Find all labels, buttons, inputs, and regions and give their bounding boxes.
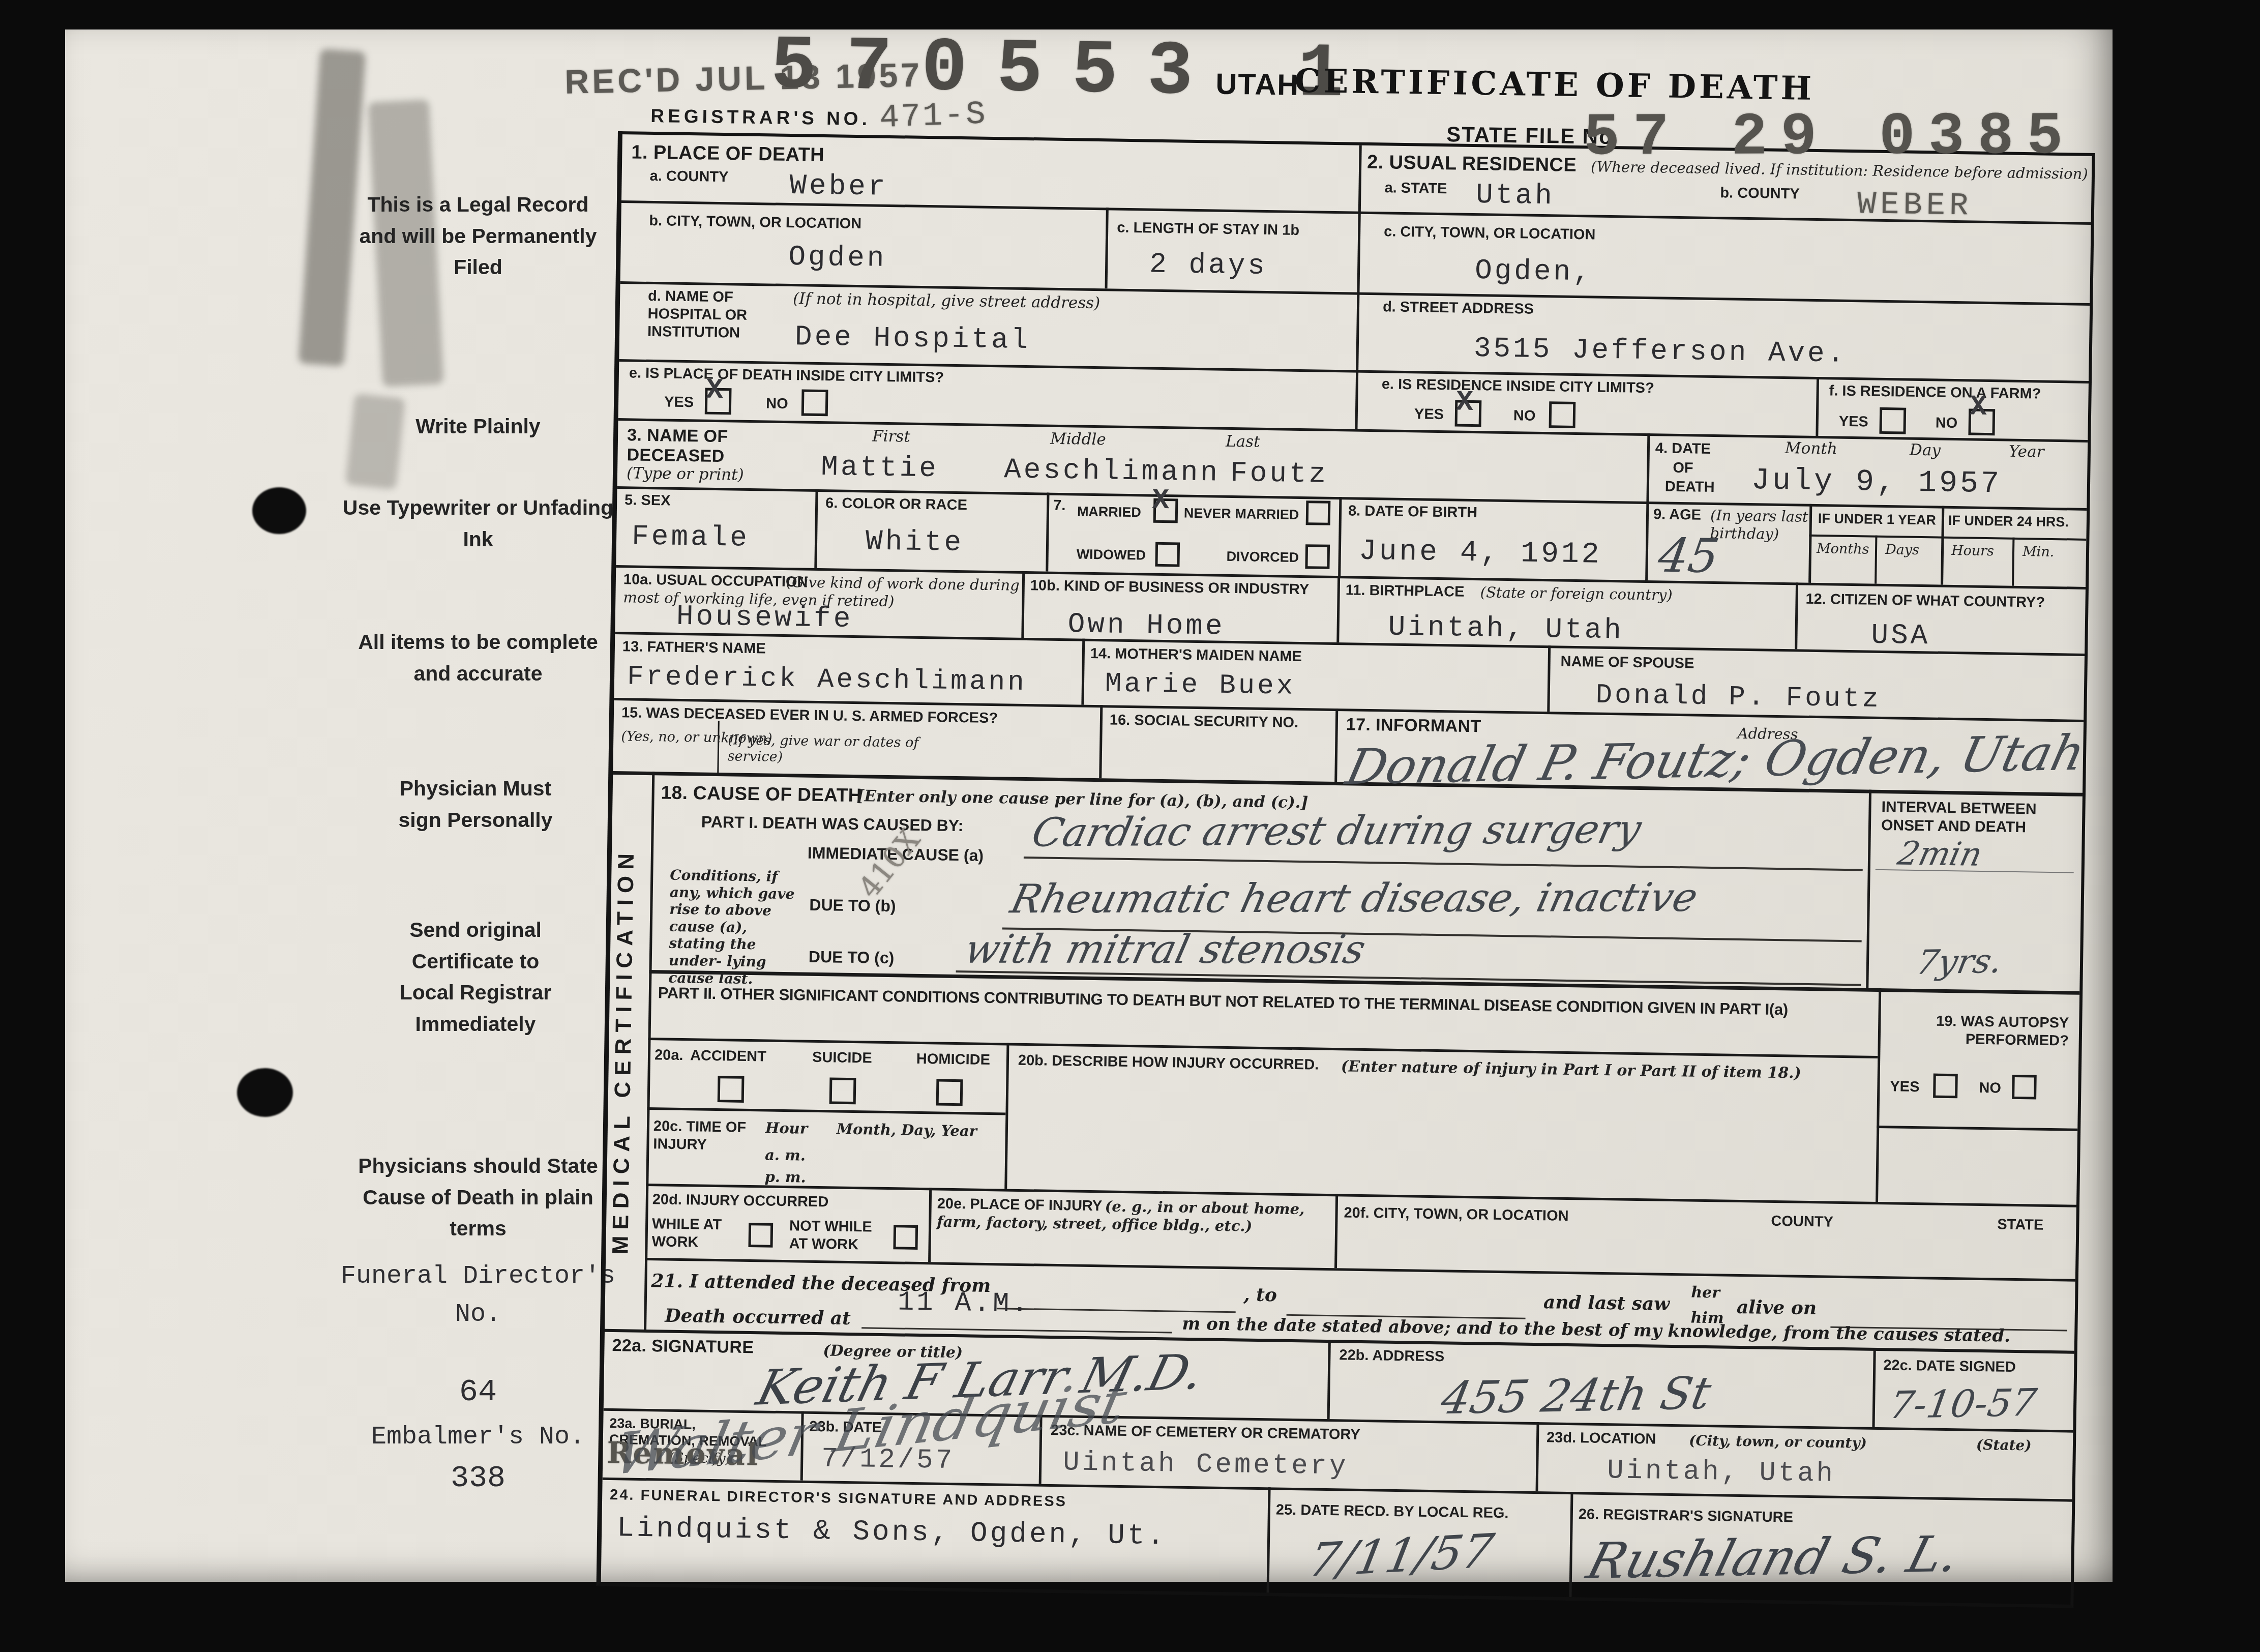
rule bbox=[1877, 1126, 2077, 1131]
occupation-value: Housewife bbox=[676, 602, 853, 633]
while-at-work-label: WHILE AT WORK bbox=[651, 1215, 738, 1252]
date-received-value: 7/11/57 bbox=[1305, 1528, 1497, 1584]
sex-value: Female bbox=[632, 522, 750, 552]
mothers-maiden-name-label: 14. MOTHER'S MAIDEN NAME bbox=[1090, 645, 1302, 666]
conditions-note: Conditions, if any, which gave rise to a… bbox=[668, 867, 797, 988]
rule bbox=[1021, 571, 1025, 638]
residence-farm-yes-label: YES bbox=[1839, 413, 1869, 431]
cemetery-state-note: (State) bbox=[1976, 1436, 2032, 1454]
armed-forces-note2: (If yes, give war or dates of service) bbox=[728, 732, 942, 768]
margin-note-physician: Physician Must sign Personally bbox=[392, 773, 559, 836]
cemetery-location-note: (City, town, or county) bbox=[1689, 1432, 1867, 1452]
residence-county-value: WEBER bbox=[1857, 186, 1973, 224]
type-or-print-note: (Type or print) bbox=[627, 464, 744, 485]
marital-item-no: 7. bbox=[1053, 497, 1066, 515]
informant-label: 17. INFORMANT bbox=[1346, 715, 1481, 736]
residence-city-limits-no-label: NO bbox=[1513, 407, 1536, 425]
due-to-b-label: DUE TO (b) bbox=[809, 895, 896, 916]
embalmers-no-label: Embalmer's No. bbox=[315, 1418, 641, 1456]
rule bbox=[1569, 1492, 1573, 1597]
describe-injury-label: 20b. DESCRIBE HOW INJURY OCCURRED. bbox=[1018, 1052, 1319, 1074]
death-occurred-at-label: Death occurred at bbox=[665, 1305, 851, 1329]
describe-injury-note: (Enter nature of injury in Part I or Par… bbox=[1341, 1057, 1801, 1082]
interval-label: INTERVAL BETWEEN ONSET AND DEATH bbox=[1881, 798, 2075, 838]
signature-label: 22a. SIGNATURE bbox=[612, 1336, 754, 1358]
while-at-work-checkbox bbox=[748, 1223, 773, 1248]
rule bbox=[861, 1327, 1172, 1333]
cemetery-value: Uintah Cemetery bbox=[1063, 1449, 1349, 1481]
rule bbox=[1336, 576, 1340, 642]
rule bbox=[1866, 790, 1871, 988]
margin-note-send-original: Send original Certificate to Local Regis… bbox=[386, 914, 564, 1040]
cemetery-location-label: 23d. LOCATION bbox=[1547, 1429, 1656, 1448]
embalmers-no-value: 338 bbox=[315, 1456, 641, 1501]
length-of-stay-label: c. LENGTH OF STAY IN 1b bbox=[1117, 219, 1299, 240]
physician-address-label: 22b. ADDRESS bbox=[1339, 1346, 1444, 1366]
cause-c-value: with mitral stenosis bbox=[961, 930, 1369, 969]
fathers-name-value: Frederick Aeschlimann bbox=[627, 663, 1027, 697]
rule bbox=[1872, 1348, 1876, 1427]
cause-of-death-label: 18. CAUSE OF DEATH bbox=[661, 782, 862, 806]
margin-note-typewriter: Use Typewriter or Unfading Ink bbox=[331, 492, 626, 555]
county-of-death-value: Weber bbox=[789, 171, 888, 201]
medical-certification-strip: MEDICAL CERTIFICATION bbox=[607, 776, 648, 1326]
residence-farm-no-mark: X bbox=[1970, 392, 1987, 421]
length-of-stay-value: 2 days bbox=[1149, 250, 1267, 280]
interval-a-value: 2min bbox=[1895, 838, 1985, 871]
rule bbox=[1941, 506, 1944, 585]
married-mark: X bbox=[1152, 486, 1169, 515]
residence-city-limits-yes-mark: X bbox=[1456, 388, 1473, 417]
age-value: 45 bbox=[1655, 533, 1722, 580]
birthplace-label: 11. BIRTHPLACE bbox=[1346, 581, 1465, 601]
rule bbox=[1645, 501, 1649, 580]
rule bbox=[647, 1107, 1005, 1115]
widowed-checkbox bbox=[1155, 542, 1180, 567]
place-of-death-title: 1. PLACE OF DEATH bbox=[631, 141, 824, 166]
rule bbox=[1327, 1340, 1331, 1419]
age-note: (In years last birthday) bbox=[1710, 507, 1812, 544]
spouse-label: NAME OF SPOUSE bbox=[1560, 653, 1694, 673]
name-of-deceased-label: 3. NAME OF DECEASED bbox=[627, 425, 749, 467]
autopsy-no-label: NO bbox=[1979, 1079, 2001, 1097]
rule bbox=[1004, 1043, 1009, 1189]
cemetery-location-value: Uintah, Utah bbox=[1607, 1457, 1836, 1488]
rule bbox=[1795, 582, 1798, 649]
her-word: her bbox=[1691, 1284, 1720, 1302]
residence-state-label: a. STATE bbox=[1384, 179, 1447, 198]
funeral-directors-no-label: Funeral Director's No. bbox=[315, 1257, 641, 1334]
death-city-limits-label: e. IS PLACE OF DEATH INSIDE CITY LIMITS? bbox=[629, 364, 944, 387]
homicide-checkbox bbox=[936, 1079, 963, 1106]
residence-city-label: c. CITY, TOWN, OR LOCATION bbox=[1384, 223, 1596, 244]
margin-note-complete: All items to be complete and accurate bbox=[356, 627, 600, 689]
death-month-label: Month bbox=[1785, 439, 1837, 459]
widowed-label: WIDOWED bbox=[1077, 546, 1146, 563]
death-certificate-form: REC'D JUL 13 1957 570553 1 REGISTRAR'S N… bbox=[597, 131, 2095, 1608]
rule bbox=[1334, 709, 1338, 782]
residence-county-label: b. COUNTY bbox=[1720, 184, 1800, 203]
am-label: a. m. bbox=[765, 1146, 806, 1165]
race-value: White bbox=[866, 527, 964, 557]
not-while-at-work-checkbox bbox=[893, 1225, 918, 1250]
hospital-name-value: Dee Hospital bbox=[795, 322, 1031, 355]
homicide-label: HOMICIDE bbox=[916, 1050, 991, 1069]
registrar-signature-label: 26. REGISTRAR'S SIGNATURE bbox=[1579, 1506, 1794, 1526]
autopsy-yes-label: YES bbox=[1890, 1078, 1920, 1096]
hospital-name-label: d. NAME OF HOSPITAL OR INSTITUTION bbox=[647, 287, 781, 342]
rule bbox=[1536, 1422, 1539, 1491]
attended-statement-to: , to bbox=[1243, 1284, 1277, 1306]
if-under-24-hrs-label: IF UNDER 24 HRS. bbox=[1948, 512, 2069, 530]
margin-note-legal-record: This is a Legal Record and will be Perma… bbox=[351, 189, 605, 283]
residence-city-limits-yes-label: YES bbox=[1414, 405, 1444, 424]
birthplace-note: (State or foreign country) bbox=[1480, 583, 1672, 604]
last-name-value: Foutz bbox=[1230, 459, 1329, 489]
date-of-birth-label: 8. DATE OF BIRTH bbox=[1348, 502, 1478, 522]
divorced-label: DIVORCED bbox=[1226, 548, 1299, 566]
citizen-label: 12. CITIZEN OF WHAT COUNTRY? bbox=[1805, 591, 2080, 612]
divorced-checkbox bbox=[1305, 544, 1330, 569]
first-name-label: First bbox=[872, 427, 910, 446]
hospital-name-note: (If not in hospital, give street address… bbox=[793, 289, 1101, 313]
date-signed-value: 7-10-57 bbox=[1887, 1384, 2039, 1424]
margin-note-write-plainly: Write Plainly bbox=[351, 411, 605, 442]
funeral-director-value: Lindquist & Sons, Ogden, Ut. bbox=[617, 1514, 1167, 1550]
first-name-value: Mattie bbox=[821, 453, 939, 483]
time-of-injury-label: 20c. TIME OF INJURY bbox=[653, 1117, 765, 1155]
margin-note-plain-terms: Physicians should State Cause of Death i… bbox=[336, 1150, 620, 1245]
pm-label: p. m. bbox=[764, 1168, 806, 1187]
min-label: Min. bbox=[2023, 544, 2055, 560]
rule bbox=[1876, 988, 1881, 1202]
rule bbox=[1024, 857, 1863, 871]
rule bbox=[1547, 645, 1551, 712]
autopsy-label: 19. WAS AUTOPSY PERFORMED? bbox=[1891, 1012, 2069, 1050]
fathers-name-label: 13. FATHER'S NAME bbox=[622, 638, 766, 658]
rule bbox=[1267, 1487, 1271, 1592]
spouse-value: Donald P. Foutz bbox=[1595, 682, 1881, 714]
hours-label: Hours bbox=[1951, 543, 1994, 560]
months-label: Months bbox=[1817, 541, 1869, 558]
never-married-checkbox bbox=[1306, 500, 1331, 525]
race-label: 6. COLOR OR RACE bbox=[825, 494, 967, 514]
rule bbox=[1355, 145, 1361, 429]
autopsy-yes-checkbox bbox=[1933, 1074, 1958, 1099]
date-of-death-label3: DEATH bbox=[1665, 478, 1715, 496]
place-of-injury-note: (e. g., in or about home, farm, factory,… bbox=[937, 1195, 1324, 1236]
if-under-1-year-label: IF UNDER 1 YEAR bbox=[1818, 510, 1937, 528]
rule bbox=[1646, 433, 1650, 501]
rule bbox=[1105, 208, 1109, 288]
accident-label: ACCIDENT bbox=[690, 1047, 766, 1066]
death-day-label: Day bbox=[1910, 441, 1941, 460]
form-title-certificate-of-death: CERTIFICATE OF DEATH bbox=[1294, 62, 1815, 108]
death-time-value: 11 A.M. bbox=[897, 1289, 1031, 1318]
date-of-death-label2: OF bbox=[1673, 459, 1693, 477]
city-of-death-label: b. CITY, TOWN, OR LOCATION bbox=[649, 212, 861, 233]
rule bbox=[1099, 705, 1103, 778]
city-of-death-value: Ogden bbox=[788, 243, 887, 273]
last-name-label: Last bbox=[1226, 432, 1260, 452]
injury-state-label: STATE bbox=[1997, 1216, 2043, 1234]
date-of-death-value: July 9, 1957 bbox=[1751, 465, 2002, 499]
social-security-label: 16. SOCIAL SECURITY NO. bbox=[1110, 711, 1323, 732]
business-value: Own Home bbox=[1067, 610, 1225, 641]
registrar-signature-value: Rushland S. L. bbox=[1582, 1529, 1965, 1586]
interval-c-value: 7yrs. bbox=[1914, 945, 2005, 980]
rule bbox=[1875, 536, 1877, 584]
part1-label: PART I. DEATH WAS CAUSED BY: bbox=[701, 812, 964, 836]
cause-a-value: Cardiac arrest during surgery bbox=[1028, 810, 1645, 853]
rule bbox=[1809, 535, 2086, 541]
alive-on-word: alive on bbox=[1737, 1296, 1817, 1319]
rule bbox=[1334, 1194, 1338, 1268]
residence-city-limits-no-checkbox bbox=[1549, 401, 1576, 428]
rule bbox=[615, 632, 2085, 656]
informant-signature: Donald P. Foutz; Ogden, Utah bbox=[1342, 728, 2090, 791]
rule bbox=[814, 489, 818, 568]
business-label: 10b. KIND OF BUSINESS OR INDUSTRY bbox=[1030, 577, 1335, 599]
registrars-no-value: 471-S bbox=[879, 96, 988, 137]
middle-name-value: Aeschlimann bbox=[1004, 455, 1220, 487]
not-while-at-work-label: NOT WHILE AT WORK bbox=[789, 1217, 891, 1254]
attended-statement-lastsaw: and last saw bbox=[1543, 1291, 1670, 1315]
rule bbox=[1046, 493, 1049, 572]
form-title-utah: UTAH bbox=[1215, 67, 1300, 102]
injury-occurred-label: 20d. INJURY OCCURRED bbox=[652, 1191, 829, 1211]
autopsy-no-checkbox bbox=[2012, 1075, 2037, 1100]
date-received-label: 25. DATE RECD. BY LOCAL REG. bbox=[1276, 1501, 1540, 1523]
death-city-limits-no-checkbox bbox=[801, 389, 828, 416]
rule bbox=[1816, 377, 1819, 436]
residence-farm-no-label: NO bbox=[1936, 414, 1958, 432]
hour-label: Hour bbox=[765, 1119, 808, 1138]
suicide-label: SUICIDE bbox=[812, 1049, 872, 1068]
date-of-birth-value: June 4, 1912 bbox=[1358, 537, 1601, 570]
punch-hole bbox=[252, 487, 306, 534]
manner-item-no: 20a. bbox=[655, 1046, 683, 1065]
suicide-checkbox bbox=[829, 1077, 856, 1104]
death-year-label: Year bbox=[2009, 442, 2044, 462]
date-of-death-label1: 4. DATE bbox=[1655, 439, 1711, 458]
rule bbox=[1081, 639, 1085, 705]
funeral-director-label: 24. FUNERAL DIRECTOR'S SIGNATURE AND ADD… bbox=[610, 1486, 1261, 1514]
usual-residence-title: 2. USUAL RESIDENCE bbox=[1367, 152, 1577, 177]
due-to-c-label: DUE TO (c) bbox=[809, 947, 895, 968]
rule bbox=[1338, 497, 1342, 576]
armed-forces-label: 15. WAS DECEASED EVER IN U. S. ARMED FOR… bbox=[621, 704, 1079, 728]
age-label: 9. AGE bbox=[1653, 506, 1702, 524]
month-day-year-label: Month, Day, Year bbox=[837, 1120, 977, 1140]
residence-state-value: Utah bbox=[1476, 181, 1555, 210]
cause-b-value: Rheumatic heart disease, inactive bbox=[1007, 878, 1701, 919]
date-signed-label: 22c. DATE SIGNED bbox=[1883, 1356, 2016, 1376]
physician-address-value: 455 24th St bbox=[1438, 1371, 1714, 1421]
funeral-directors-no-value: 64 bbox=[315, 1368, 641, 1415]
death-city-limits-yes-mark: X bbox=[706, 376, 723, 404]
residence-city-limits-label: e. IS RESIDENCE INSIDE CITY LIMITS? bbox=[1382, 375, 1655, 397]
registrars-no-label: REGISTRAR'S NO. bbox=[650, 105, 871, 130]
never-married-label: NEVER MARRIED bbox=[1184, 505, 1299, 523]
rule bbox=[997, 1308, 1236, 1313]
mothers-maiden-name-value: Marie Buex bbox=[1105, 670, 1296, 701]
rule bbox=[646, 1184, 2076, 1207]
injury-county-label: COUNTY bbox=[1771, 1213, 1833, 1231]
death-city-limits-yes-label: YES bbox=[664, 393, 694, 411]
married-label: MARRIED bbox=[1077, 503, 1141, 520]
days-label: Days bbox=[1885, 542, 1919, 558]
rule bbox=[2012, 538, 2014, 586]
middle-name-label: Middle bbox=[1050, 430, 1106, 450]
punch-hole bbox=[237, 1068, 293, 1117]
death-city-limits-no-label: NO bbox=[766, 395, 788, 412]
rule bbox=[928, 1188, 932, 1262]
residence-farm-label: f. IS RESIDENCE ON A FARM? bbox=[1829, 382, 2041, 403]
residence-farm-yes-checkbox bbox=[1879, 407, 1906, 434]
accident-checkbox bbox=[718, 1076, 745, 1103]
residence-city-value: Ogden, bbox=[1475, 256, 1593, 286]
injury-city-label: 20f. CITY, TOWN, OR LOCATION bbox=[1344, 1204, 1568, 1225]
street-address-value: 3515 Jefferson Ave. bbox=[1473, 334, 1847, 368]
birthplace-value: Uintah, Utah bbox=[1388, 613, 1624, 645]
rule bbox=[717, 721, 720, 773]
citizen-value: USA bbox=[1871, 621, 1930, 651]
sex-label: 5. SEX bbox=[625, 491, 671, 510]
street-address-label: d. STREET ADDRESS bbox=[1383, 298, 1534, 318]
county-of-death-label: a. COUNTY bbox=[649, 167, 728, 186]
